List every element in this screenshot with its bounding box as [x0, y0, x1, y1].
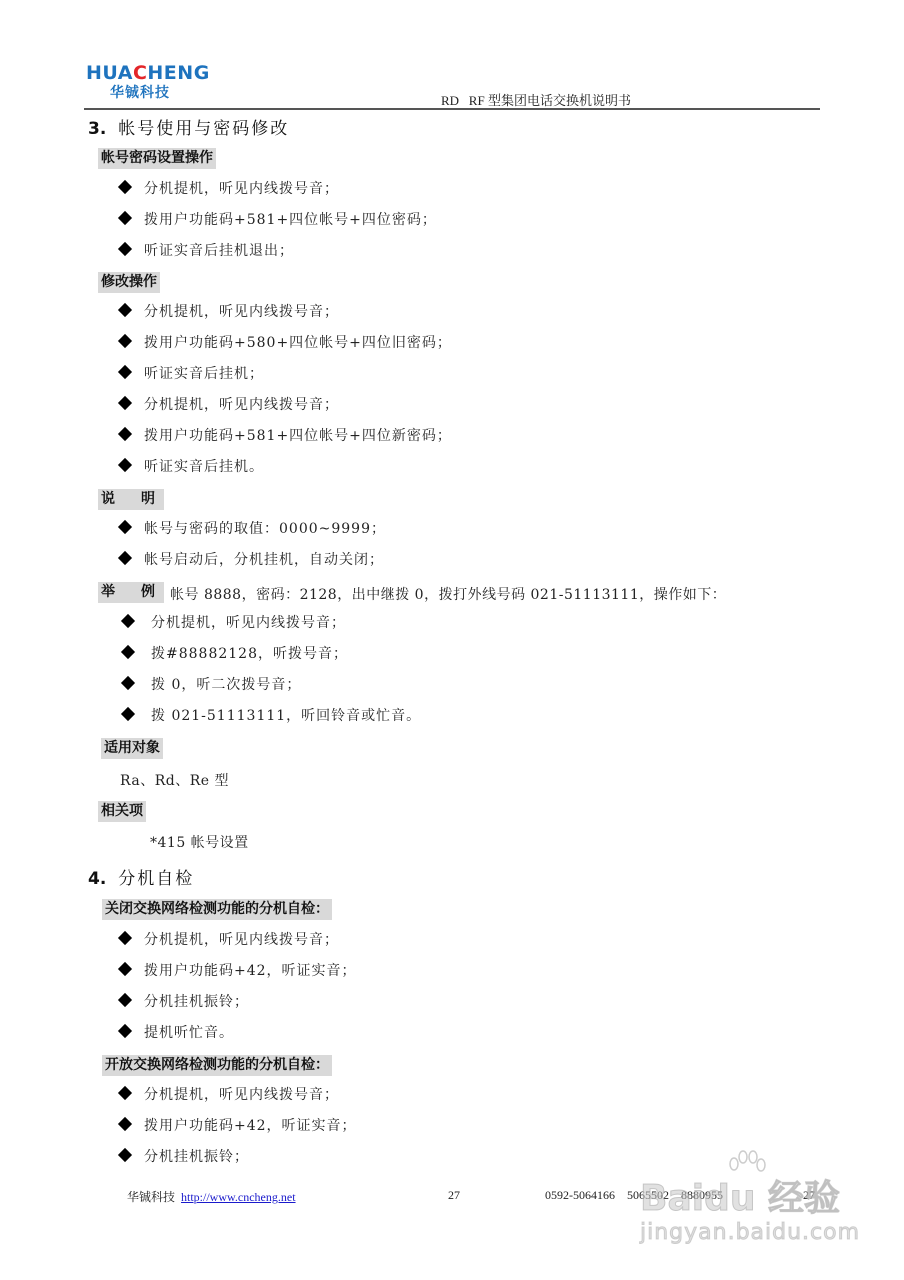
closed-check-label: 关闭交换网络检测功能的分机自检： — [102, 899, 332, 920]
diamond-bullet-icon — [118, 427, 132, 441]
diamond-bullet-icon — [118, 458, 132, 472]
document-title: RD RF 型集团电话交换机说明书 — [441, 90, 631, 109]
footer-page-number: 27 — [448, 1188, 460, 1203]
diamond-bullet-icon — [118, 993, 132, 1007]
diamond-bullet-icon — [121, 614, 135, 628]
logo-chinese-name: 华铖科技 — [110, 84, 210, 102]
list-item: 分机提机，听见内线拨号音； — [123, 614, 346, 632]
header-divider — [84, 108, 820, 110]
setup-label: 帐号密码设置操作 — [98, 148, 216, 169]
diamond-bullet-icon — [118, 365, 132, 379]
applicable-label: 适用对象 — [101, 738, 163, 759]
diamond-bullet-icon — [118, 211, 132, 225]
list-item: 分机挂机振铃； — [120, 993, 249, 1011]
list-item: 拨 0，听二次拨号音； — [123, 676, 301, 694]
list-item: 帐号与密码的取值：0000~9999； — [120, 520, 386, 538]
list-item: 提机听忙音。 — [120, 1024, 234, 1042]
watermark-domain: jingyan.baidu.com — [640, 1220, 860, 1245]
modify-label: 修改操作 — [98, 272, 160, 293]
footer-company: 华铖科技 http://www.cncheng.net — [127, 1188, 296, 1205]
list-item: 分机提机，听见内线拨号音； — [120, 931, 339, 949]
applicable-value: Ra、Rd、Re 型 — [120, 770, 229, 790]
list-item: 拨#88882128，听拨号音； — [123, 645, 348, 663]
list-item: 拨 021-51113111，听回铃音或忙音。 — [123, 707, 421, 725]
list-item: 帐号启动后，分机挂机，自动关闭； — [120, 551, 384, 569]
footer-website-link[interactable]: http://www.cncheng.net — [181, 1190, 296, 1204]
diamond-bullet-icon — [118, 931, 132, 945]
list-item: 分机提机，听见内线拨号音； — [120, 1086, 339, 1104]
diamond-bullet-icon — [121, 645, 135, 659]
related-label: 相关项 — [98, 801, 146, 822]
diamond-bullet-icon — [118, 396, 132, 410]
list-item: 听证实音后挂机。 — [120, 458, 264, 476]
list-item: 分机挂机振铃； — [120, 1148, 249, 1166]
diamond-bullet-icon — [118, 962, 132, 976]
diamond-bullet-icon — [118, 551, 132, 565]
list-item: 拨用户功能码+580+四位帐号+四位旧密码； — [120, 334, 452, 352]
logo-wordmark: HUACHENG — [86, 62, 210, 84]
diamond-bullet-icon — [118, 1086, 132, 1100]
list-item: 听证实音后挂机退出； — [120, 242, 294, 260]
diamond-bullet-icon — [121, 707, 135, 721]
section-3-heading: 3.帐号使用与密码修改 — [88, 114, 289, 139]
list-item: 分机提机，听见内线拨号音； — [120, 396, 339, 414]
diamond-bullet-icon — [118, 1148, 132, 1162]
list-item: 拨用户功能码+581+四位帐号+四位密码； — [120, 211, 437, 229]
open-check-label: 开放交换网络检测功能的分机自检： — [102, 1055, 332, 1076]
footer-phones: 0592-5064166 5065502 8880955 — [545, 1188, 723, 1203]
company-logo: HUACHENG 华铖科技 — [86, 62, 210, 102]
list-item: 拨用户功能码+42，听证实音； — [120, 1117, 357, 1135]
example-label: 举 例 — [98, 582, 164, 603]
diamond-bullet-icon — [118, 1024, 132, 1038]
list-item: 拨用户功能码+581+四位帐号+四位新密码； — [120, 427, 452, 445]
notes-label: 说 明 — [98, 489, 164, 510]
related-value: *415 帐号设置 — [150, 832, 249, 852]
paw-icon — [726, 1150, 766, 1180]
diamond-bullet-icon — [118, 180, 132, 194]
footer-page-number-right: 27 — [803, 1188, 815, 1203]
example-intro: 帐号 8888，密码：2128，出中继拨 0，拨打外线号码 021-511131… — [170, 584, 726, 604]
list-item: 听证实音后挂机； — [120, 365, 264, 383]
diamond-bullet-icon — [118, 303, 132, 317]
diamond-bullet-icon — [118, 242, 132, 256]
section-4-heading: 4.分机自检 — [88, 864, 194, 889]
list-item: 分机提机，听见内线拨号音； — [120, 303, 339, 321]
diamond-bullet-icon — [118, 1117, 132, 1131]
diamond-bullet-icon — [118, 520, 132, 534]
diamond-bullet-icon — [121, 676, 135, 690]
list-item: 拨用户功能码+42，听证实音； — [120, 962, 357, 980]
diamond-bullet-icon — [118, 334, 132, 348]
list-item: 分机提机，听见内线拨号音； — [120, 180, 339, 198]
